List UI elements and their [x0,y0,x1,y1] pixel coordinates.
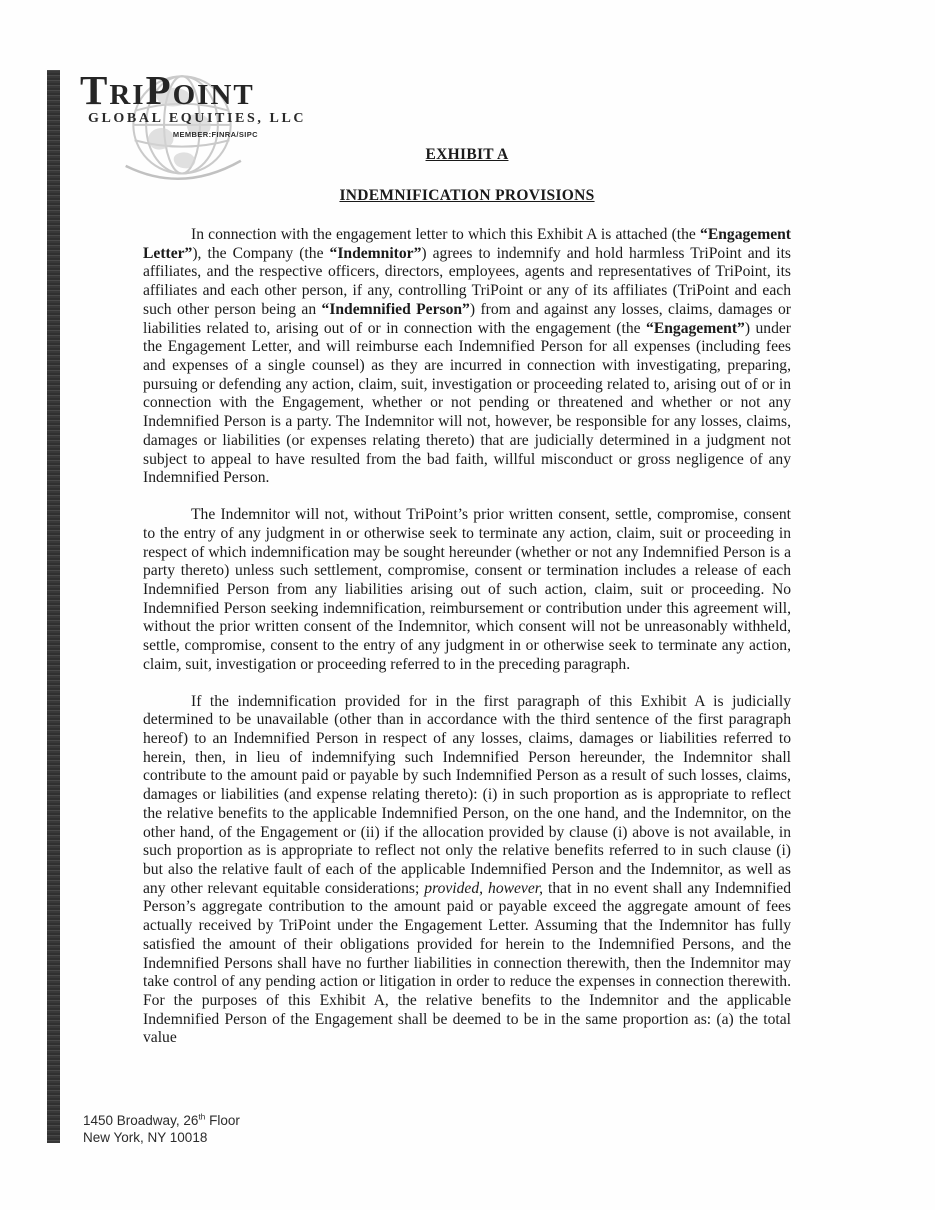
address-line-1: 1450 Broadway, 26th Floor [83,1113,240,1130]
document-body: EXHIBIT A INDEMNIFICATION PROVISIONS In … [143,145,791,1066]
scan-edge-bar [47,70,60,1143]
paragraph-2: The Indemnitor will not, without TriPoin… [143,506,791,674]
exhibit-heading: EXHIBIT A [143,145,791,164]
brand-name: TriPoint [80,70,310,110]
company-logo: TriPoint GLOBAL EQUITIES, LLC MEMBER:FIN… [80,70,310,139]
paragraphs-container: In connection with the engagement letter… [143,226,791,1048]
brand-membership: MEMBER:FINRA/SIPC [80,130,258,139]
footer-address: 1450 Broadway, 26th Floor New York, NY 1… [83,1113,240,1146]
paragraph-3: If the indemnification provided for in t… [143,693,791,1049]
provisions-heading: INDEMNIFICATION PROVISIONS [143,186,791,205]
paragraph-1: In connection with the engagement letter… [143,226,791,488]
brand-subtitle: GLOBAL EQUITIES, LLC [88,111,310,127]
document-page: TriPoint GLOBAL EQUITIES, LLC MEMBER:FIN… [0,0,935,1210]
address-line-2: New York, NY 10018 [83,1130,240,1147]
